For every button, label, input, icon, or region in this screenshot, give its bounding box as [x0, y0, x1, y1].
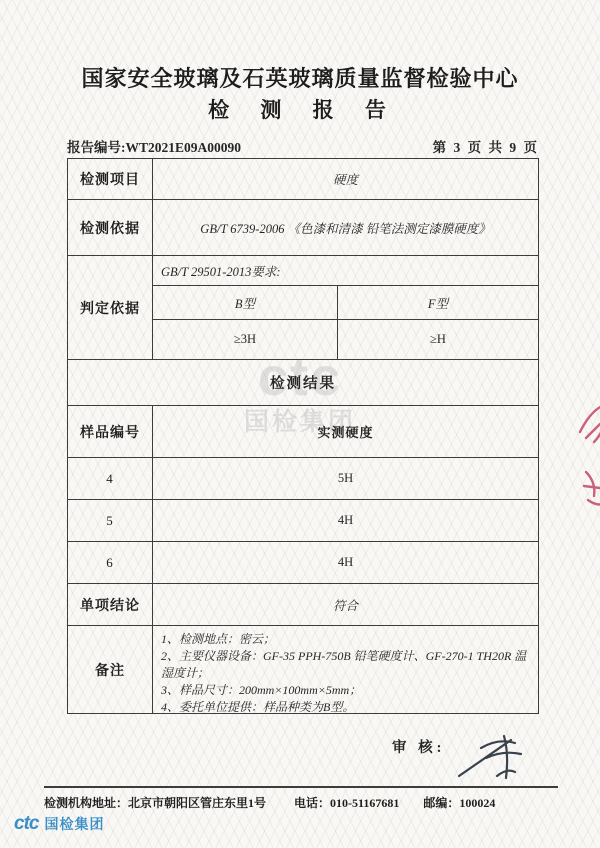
reviewer-signature: [453, 730, 545, 789]
agency-address: 检测机构地址：北京市朝阳区管庄东里1号: [44, 794, 266, 811]
page-title: 国家安全玻璃及石英玻璃质量监督检验中心: [0, 62, 600, 93]
report-page: ctc 国检集团 国家安全玻璃及石英玻璃质量监督检验中心 检 测 报 告 报告编…: [0, 0, 600, 848]
results-section-title: 检测结果: [68, 359, 538, 405]
type-b-threshold: ≥3H: [153, 320, 338, 359]
table-row-test-item: 检测项目 硬度: [68, 159, 538, 199]
review-label: 审 核:: [392, 736, 445, 757]
table-row-remarks: 备注 1、检测地点：密云； 2、主要仪器设备：GF-35 PPH-750B 铅笔…: [68, 625, 538, 713]
footer-contact: 检测机构地址：北京市朝阳区管庄东里1号 电话：010-51167681 邮编：1…: [44, 794, 558, 811]
judgement-content: GB/T 29501-2013要求: B型 F型 ≥3H ≥H: [153, 256, 538, 359]
measured-hardness-header: 实测硬度: [153, 406, 538, 457]
table-row-test-basis: 检测依据 GB/T 6739-2006 《色漆和清漆 铅笔法测定漆膜硬度》: [68, 199, 538, 255]
judgement-threshold-row: ≥3H ≥H: [153, 320, 538, 359]
stamp-fragment-icon: [572, 466, 600, 519]
sample-id: 5: [68, 500, 153, 541]
sample-hardness: 4H: [153, 542, 538, 583]
test-basis-value: GB/T 6739-2006 《色漆和清漆 铅笔法测定漆膜硬度》: [153, 200, 538, 255]
conclusion-label: 单项结论: [68, 584, 153, 625]
agency-postal-code: 邮编：100024: [423, 794, 495, 811]
results-header-row: 样品编号 实测硬度: [68, 405, 538, 457]
table-row-sample-4: 4 5H: [68, 457, 538, 499]
sample-id-header: 样品编号: [68, 406, 153, 457]
remark-line: 3、样品尺寸：200mm×100mm×5mm；: [161, 682, 530, 699]
remark-line: 4、委托单位提供：样品种类为B型。: [161, 699, 530, 716]
ctc-brand-logo: ctc 国检集团: [14, 813, 104, 835]
report-meta-row: 报告编号:WT2021E09A00090 第 3 页 共 9 页: [67, 136, 539, 156]
judgement-type-header-row: B型 F型: [153, 286, 538, 320]
test-item-value: 硬度: [153, 159, 538, 199]
page-number-info: 第 3 页 共 9 页: [433, 136, 539, 156]
judgement-basis-label: 判定依据: [68, 256, 153, 359]
type-b-header: B型: [153, 286, 338, 319]
ctc-logo-icon: ctc: [14, 813, 38, 835]
table-row-sample-5: 5 4H: [68, 499, 538, 541]
sample-hardness: 4H: [153, 500, 538, 541]
table-row-sample-6: 6 4H: [68, 541, 538, 583]
table-row-judgement-basis: 判定依据 GB/T 29501-2013要求: B型 F型 ≥3H ≥H: [68, 255, 538, 359]
conclusion-value: 符合: [153, 584, 538, 625]
review-block: 审 核:: [392, 730, 545, 789]
report-number: 报告编号:WT2021E09A00090: [67, 136, 241, 156]
agency-phone: 电话：010-51167681: [294, 794, 399, 811]
test-basis-label: 检测依据: [68, 200, 153, 255]
test-item-label: 检测项目: [68, 159, 153, 199]
inspection-table: 检测项目 硬度 检测依据 GB/T 6739-2006 《色漆和清漆 铅笔法测定…: [67, 158, 539, 714]
table-row-conclusion: 单项结论 符合: [68, 583, 538, 625]
type-f-threshold: ≥H: [338, 320, 538, 359]
footer-divider: [44, 786, 558, 788]
stamp-fragment-icon: [570, 398, 600, 453]
brand-company-name: 国检集团: [44, 814, 104, 834]
report-title: 检 测 报 告: [0, 94, 600, 124]
type-f-header: F型: [338, 286, 538, 319]
remarks-content: 1、检测地点：密云； 2、主要仪器设备：GF-35 PPH-750B 铅笔硬度计…: [153, 626, 538, 713]
remark-line: 2、主要仪器设备：GF-35 PPH-750B 铅笔硬度计、GF-270-1 T…: [161, 648, 530, 682]
remarks-label: 备注: [68, 626, 153, 713]
remark-line: 1、检测地点：密云；: [161, 631, 530, 648]
sample-hardness: 5H: [153, 458, 538, 499]
sample-id: 4: [68, 458, 153, 499]
sample-id: 6: [68, 542, 153, 583]
judgement-requirement: GB/T 29501-2013要求:: [153, 256, 538, 286]
